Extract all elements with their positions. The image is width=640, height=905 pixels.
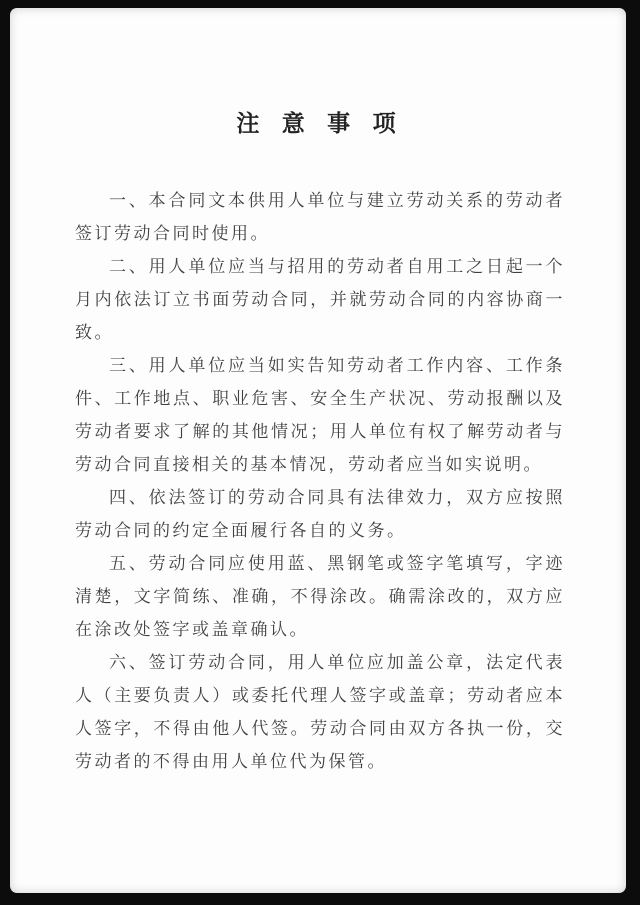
notice-paragraph-2: 二、用人单位应当与招用的劳动者自用工之日起一个月内依法订立书面劳动合同，并就劳动… xyxy=(75,250,565,349)
notice-body: 一、本合同文本供用人单位与建立劳动关系的劳动者签订劳动合同时使用。 二、用人单位… xyxy=(75,184,565,778)
page-title: 注 意 事 项 xyxy=(75,108,565,138)
notice-paragraph-5: 五、劳动合同应使用蓝、黑钢笔或签字笔填写，字迹清楚，文字简练、准确，不得涂改。确… xyxy=(75,547,565,646)
page-content: 注 意 事 项 一、本合同文本供用人单位与建立劳动关系的劳动者签订劳动合同时使用… xyxy=(10,8,626,778)
notice-paragraph-1: 一、本合同文本供用人单位与建立劳动关系的劳动者签订劳动合同时使用。 xyxy=(75,184,565,250)
photo-frame: 注 意 事 项 一、本合同文本供用人单位与建立劳动关系的劳动者签订劳动合同时使用… xyxy=(0,0,640,905)
notice-paragraph-6: 六、签订劳动合同，用人单位应加盖公章，法定代表人（主要负责人）或委托代理人签字或… xyxy=(75,646,565,778)
notice-paragraph-4: 四、依法签订的劳动合同具有法律效力，双方应按照劳动合同的约定全面履行各自的义务。 xyxy=(75,481,565,547)
document-page: 注 意 事 项 一、本合同文本供用人单位与建立劳动关系的劳动者签订劳动合同时使用… xyxy=(10,8,626,893)
notice-paragraph-3: 三、用人单位应当如实告知劳动者工作内容、工作条件、工作地点、职业危害、安全生产状… xyxy=(75,349,565,481)
